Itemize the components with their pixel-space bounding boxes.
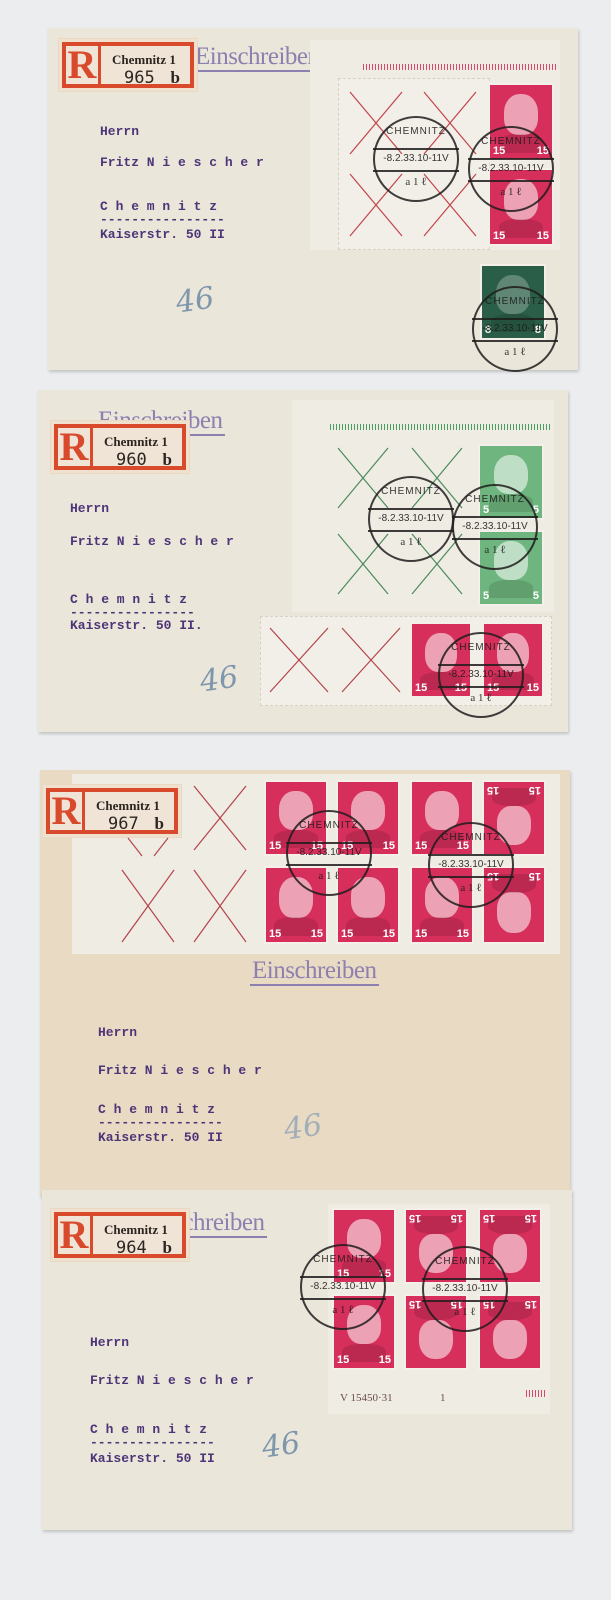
registration-office: Chemnitz 1 <box>104 434 168 450</box>
address-underline: ---------------- <box>90 1436 215 1449</box>
postmark: CHEMNITZ-8.2.33.10-11Va 1 ℓ <box>468 126 554 212</box>
einschreiben-handstamp: Einschreiben <box>250 958 379 986</box>
registration-number: 967 <box>108 814 139 834</box>
registration-label: R Chemnitz 1 967 b <box>42 784 182 838</box>
postmark: CHEMNITZ-8.2.33.10-11Va 1 ℓ <box>472 286 558 372</box>
postmark: CHEMNITZ-8.2.33.10-11Va 1 ℓ <box>373 116 459 202</box>
pencil-note: 46 <box>198 660 241 700</box>
address-salutation: Herrn <box>70 502 109 515</box>
margin-bar <box>363 64 558 70</box>
cross-label <box>338 624 404 696</box>
pane-number: 1 <box>440 1392 446 1404</box>
margin-bar <box>330 424 552 430</box>
cross-label <box>190 866 250 946</box>
postmark: CHEMNITZ-8.2.33.10-11Va 1 ℓ <box>422 1246 508 1332</box>
postmark: CHEMNITZ-8.2.33.10-11Va 1 ℓ <box>300 1244 386 1330</box>
address-street: Kaiserstr. 50 II. <box>70 619 203 632</box>
einschreiben-handstamp: Einschreiben <box>193 44 322 72</box>
postmark: CHEMNITZ-8.2.33.10-11Va 1 ℓ <box>368 476 454 562</box>
registration-r-icon: R <box>58 428 93 466</box>
registration-label: R Chemnitz 1 965 b <box>58 38 198 92</box>
cross-label <box>118 866 178 946</box>
pencil-note: 46 <box>260 1426 303 1466</box>
address-salutation: Herrn <box>100 125 139 138</box>
postmark: CHEMNITZ-8.2.33.10-11Va 1 ℓ <box>286 810 372 896</box>
registration-office: Chemnitz 1 <box>112 52 176 68</box>
registration-label: R Chemnitz 1 960 b <box>50 420 190 474</box>
cross-label <box>118 836 178 862</box>
address-name: Fritz N i e s c h e r <box>70 535 234 548</box>
envelope-2: Einschreiben R Chemnitz 1 960 b Herrn Fr… <box>38 390 568 732</box>
plate-number: V 15450·31 <box>340 1392 393 1404</box>
envelope-3: R Chemnitz 1 967 b 1515 1515 1515 1515 1… <box>40 770 570 1196</box>
registration-office: Chemnitz 1 <box>104 1222 168 1238</box>
address-name: Fritz N i e s c h e r <box>90 1374 254 1387</box>
postmark: CHEMNITZ-8.2.33.10-11Va 1 ℓ <box>452 484 538 570</box>
address-salutation: Herrn <box>90 1336 129 1349</box>
postmark: CHEMNITZ-8.2.33.10-11Va 1 ℓ <box>438 632 524 718</box>
envelope-1: Einschreiben R Chemnitz 1 965 b Herrn Fr… <box>48 28 578 370</box>
address-name: Fritz N i e s c h e r <box>98 1064 262 1077</box>
address-street: Kaiserstr. 50 II <box>90 1452 215 1465</box>
registration-label: R Chemnitz 1 964 b <box>50 1208 190 1262</box>
registration-suffix: b <box>155 814 164 834</box>
address-salutation: Herrn <box>98 1026 137 1039</box>
registration-suffix: b <box>163 1238 172 1258</box>
registration-number: 965 <box>124 68 155 88</box>
registration-suffix: b <box>171 68 180 88</box>
pencil-note: 46 <box>282 1108 325 1148</box>
registration-number: 960 <box>116 450 147 470</box>
registration-r-icon: R <box>66 46 101 84</box>
cross-label <box>266 624 332 696</box>
registration-r-icon: R <box>58 1216 93 1254</box>
envelope-4: Einschreiben R Chemnitz 1 964 b Herrn Fr… <box>42 1190 572 1530</box>
registration-suffix: b <box>163 450 172 470</box>
address-underline: ---------------- <box>98 1116 223 1129</box>
pencil-note: 46 <box>174 281 217 321</box>
margin-bar <box>526 1390 546 1397</box>
postmark: CHEMNITZ-8.2.33.10-11Va 1 ℓ <box>428 822 514 908</box>
registration-office: Chemnitz 1 <box>96 798 160 814</box>
registration-number: 964 <box>116 1238 147 1258</box>
address-street: Kaiserstr. 50 II <box>100 228 225 241</box>
address-street: Kaiserstr. 50 II <box>98 1131 223 1144</box>
address-name: Fritz N i e s c h e r <box>100 156 264 169</box>
cross-label <box>190 782 250 854</box>
registration-r-icon: R <box>50 792 85 830</box>
address-underline: ---------------- <box>100 213 225 226</box>
